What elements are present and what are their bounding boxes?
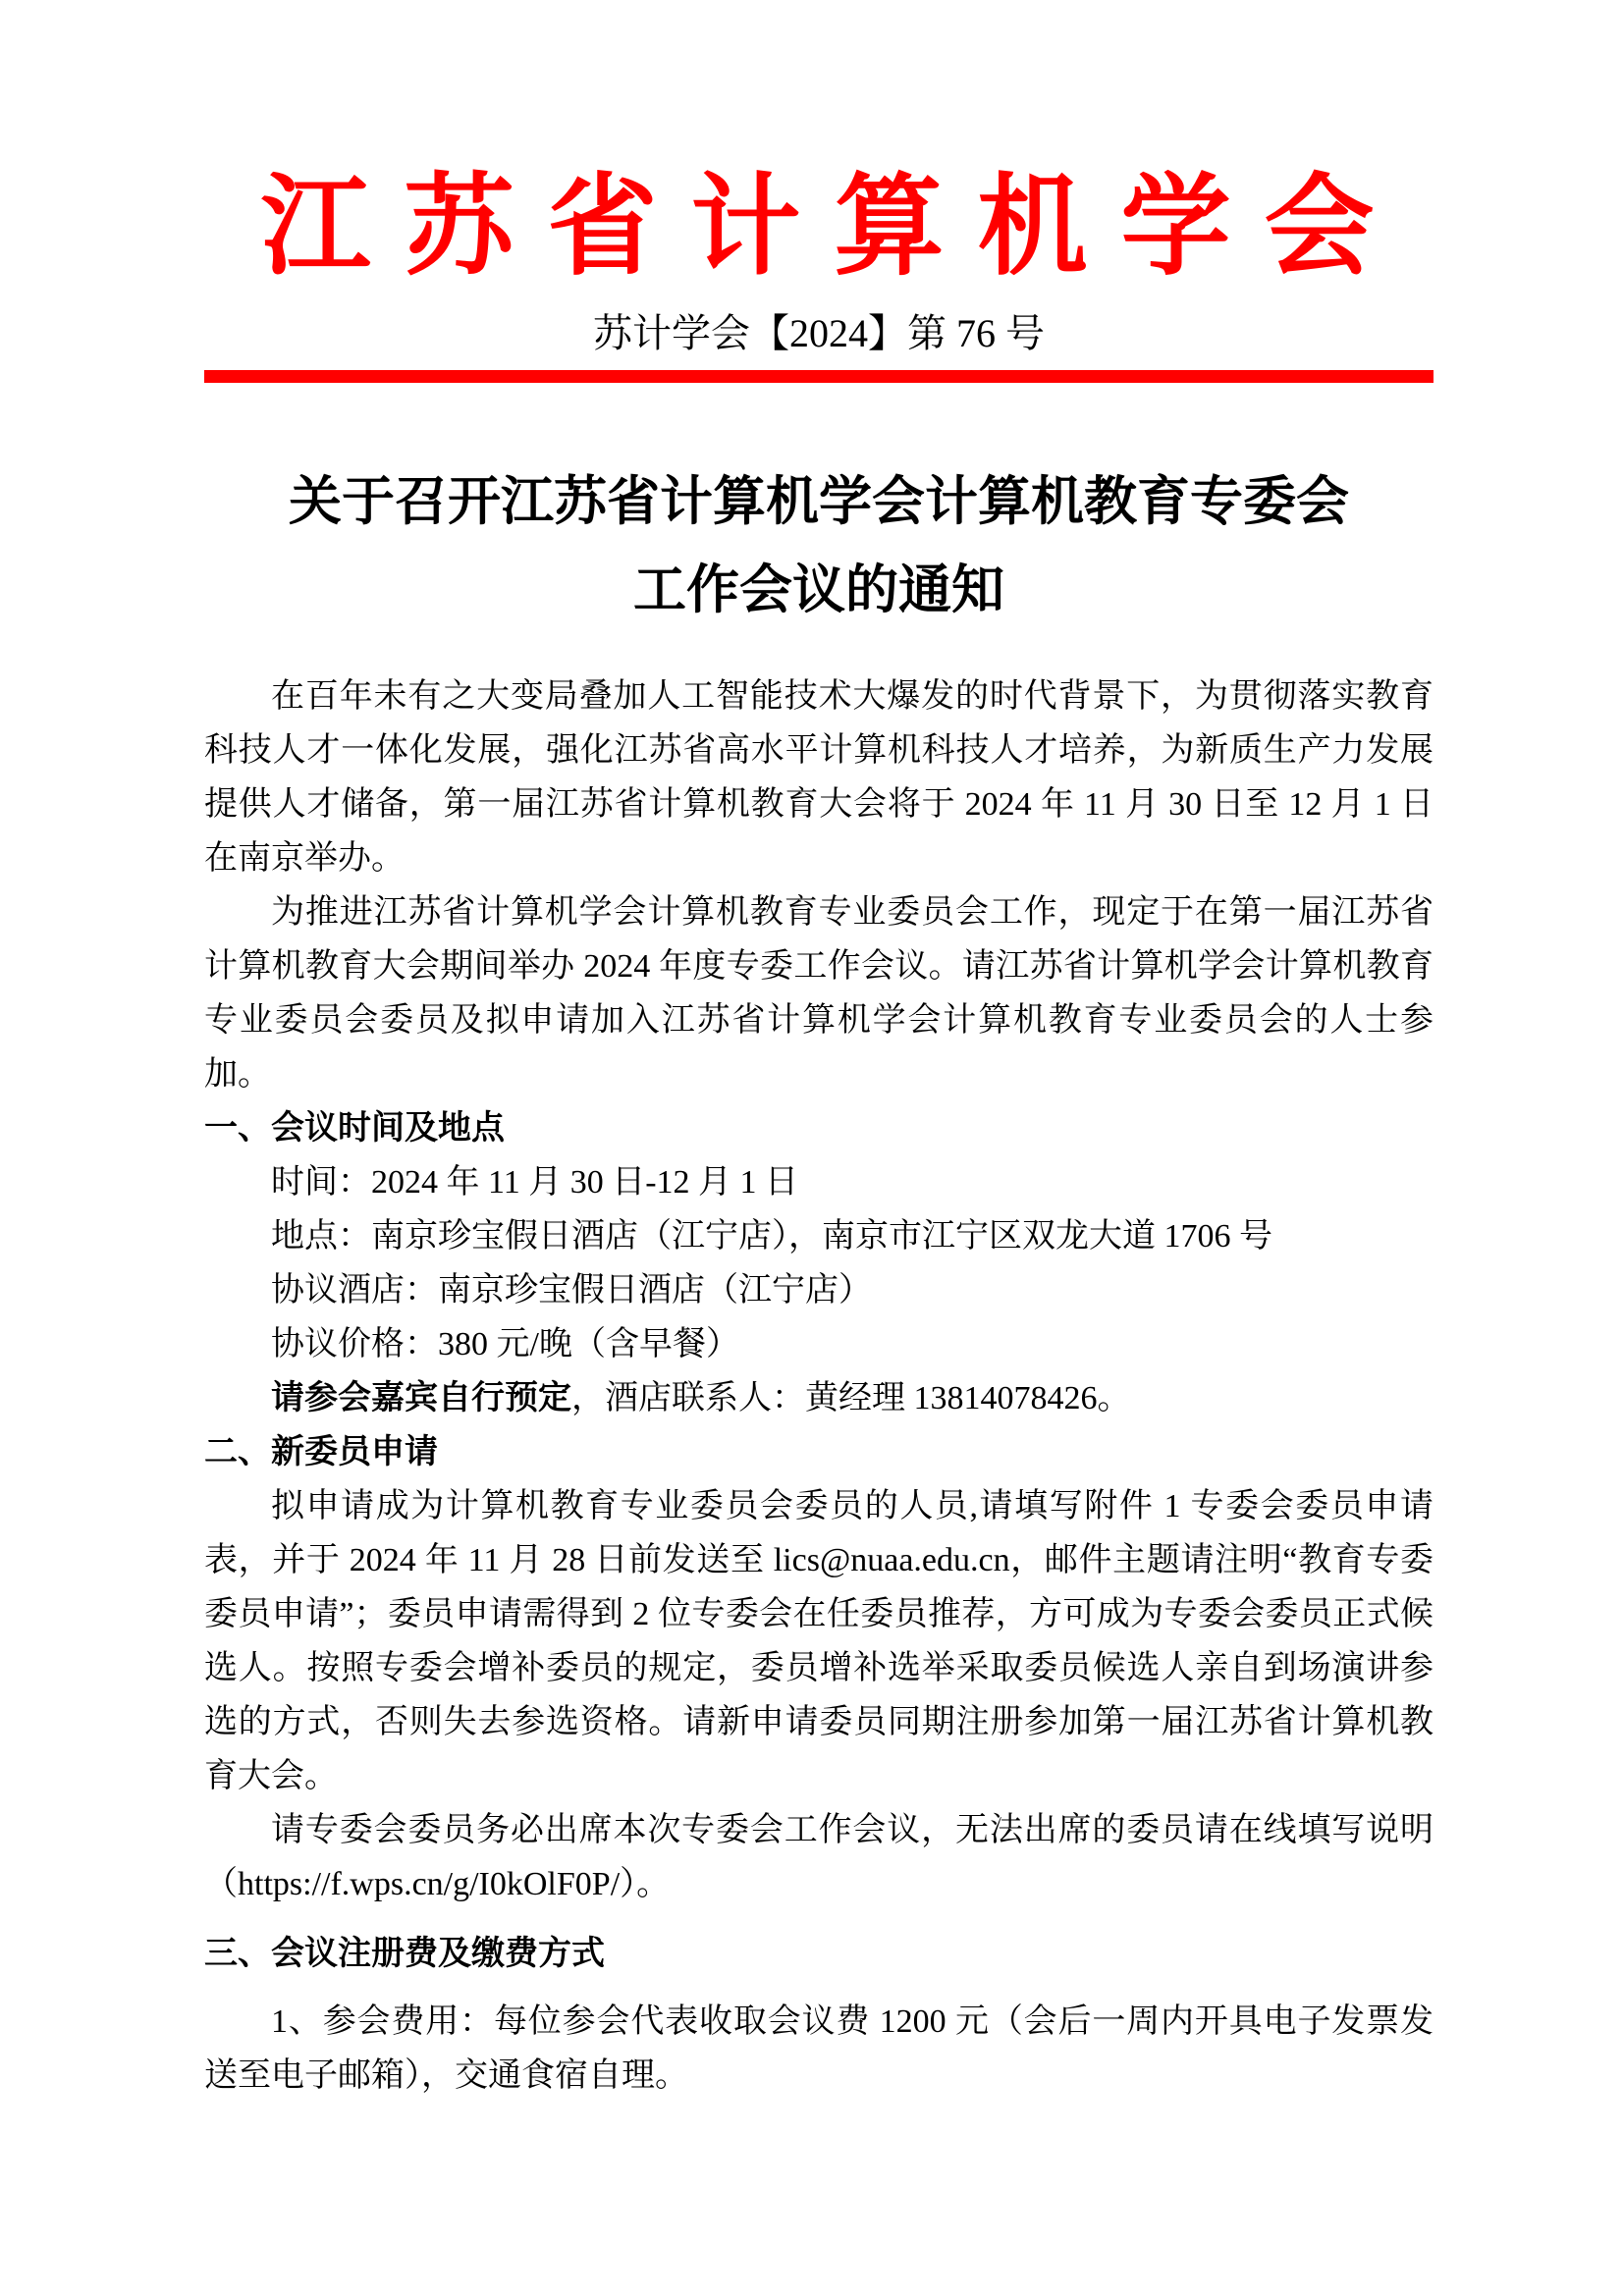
intro-paragraph-1: 在百年未有之大变局叠加人工智能技术大爆发的时代背景下，为贯彻落实教育科技人才一体… [204, 669, 1434, 885]
document-body: 在百年未有之大变局叠加人工智能技术大爆发的时代背景下，为贯彻落实教育科技人才一体… [204, 669, 1434, 2103]
meeting-location: 地点：南京珍宝假日酒店（江宁店），南京市江宁区双龙大道 1706 号 [204, 1209, 1434, 1263]
section-2-heading: 二、新委员申请 [204, 1425, 1434, 1479]
section-3-paragraph-1: 1、参会费用：每位参会代表收取会议费 1200 元（会后一周内开具电子发票发送至… [204, 1995, 1434, 2103]
header-divider [204, 370, 1434, 383]
section-2-paragraph-1: 拟申请成为计算机教育专业委员会委员的人员,请填写附件 1 专委会委员申请表，并于… [204, 1479, 1434, 1803]
doc-number: 苏计学会【2024】第 76 号 [204, 311, 1434, 356]
doc-title-line1: 关于召开江苏省计算机学会计算机教育专委会 [289, 472, 1349, 531]
agreement-hotel: 协议酒店：南京珍宝假日酒店（江宁店） [204, 1263, 1434, 1317]
org-title: 江 苏 省 计 算 机 学 会 [204, 165, 1434, 292]
doc-title: 关于召开江苏省计算机学会计算机教育专委会 工作会议的通知 [204, 457, 1434, 634]
section-2-paragraph-2: 请专委会委员务必出席本次专委会工作会议，无法出席的委员请在线填写说明（https… [204, 1803, 1434, 1911]
booking-note: 请参会嘉宾自行预定，酒店联系人：黄经理 13814078426。 [204, 1371, 1434, 1425]
agreement-price: 协议价格：380 元/晚（含早餐） [204, 1317, 1434, 1371]
document-header: 江 苏 省 计 算 机 学 会 苏计学会【2024】第 76 号 [204, 165, 1434, 383]
booking-note-bold: 请参会嘉宾自行预定 [271, 1380, 571, 1416]
meeting-time: 时间：2024 年 11 月 30 日-12 月 1 日 [204, 1155, 1434, 1209]
document-page: 江 苏 省 计 算 机 学 会 苏计学会【2024】第 76 号 关于召开江苏省… [0, 0, 1623, 2296]
doc-title-line2: 工作会议的通知 [633, 561, 1004, 619]
intro-paragraph-2: 为推进江苏省计算机学会计算机教育专业委员会工作，现定于在第一届江苏省计算机教育大… [204, 885, 1434, 1101]
booking-note-rest: ，酒店联系人：黄经理 13814078426。 [571, 1380, 1131, 1416]
section-3-heading: 三、会议注册费及缴费方式 [204, 1927, 1434, 1981]
section-1-heading: 一、会议时间及地点 [204, 1101, 1434, 1155]
